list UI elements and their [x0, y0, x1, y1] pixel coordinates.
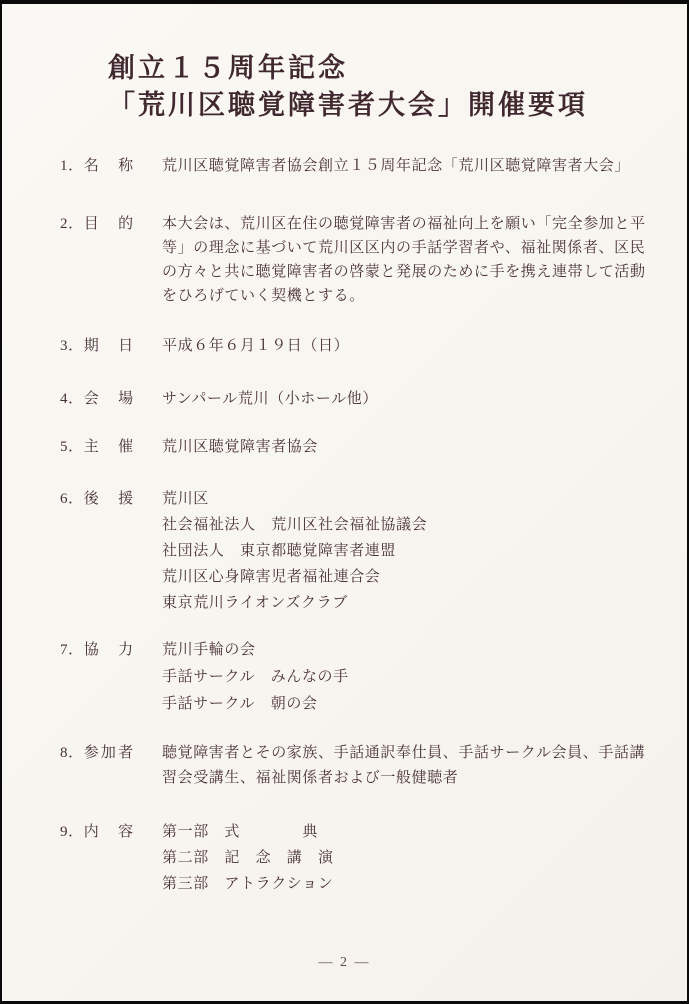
section-participants-label: 8．参加者: [60, 741, 162, 766]
section-participants: 8．参加者 聴覚障害者とその家族、手話通訳奉仕員、手話サークル会員、手話講 習会…: [60, 741, 638, 791]
section-purpose-label: 2．目的: [60, 212, 162, 236]
section-cooperation-label: 7．協力: [60, 637, 162, 664]
section-date: 3．期日 平成６年６月１９日（日）: [60, 334, 638, 358]
document-title: 創立１５周年記念 「荒川区聴覚障害者大会」開催要項: [108, 50, 588, 124]
section-name-content: 荒川区聴覚障害者協会創立１５周年記念「荒川区聴覚障害者大会」: [162, 154, 638, 178]
section-venue-label: 4．会場: [60, 387, 162, 411]
section-program: 9．内容 第一部 式 典 第二部 記 念 講 演 第三部 アトラクション: [60, 819, 638, 897]
title-line-2: 「荒川区聴覚障害者大会」開催要項: [108, 87, 588, 124]
section-date-content: 平成６年６月１９日（日）: [162, 334, 638, 358]
section-organizer-label: 5．主催: [60, 435, 162, 459]
section-venue: 4．会場 サンパール荒川（小ホール他）: [60, 387, 638, 411]
section-purpose-content: 本大会は、荒川区在住の聴覚障害者の福祉向上を願い「完全参加と平 等」の理念に基づ…: [162, 212, 646, 308]
section-organizer-content: 荒川区聴覚障害者協会: [162, 435, 638, 459]
section-supporters-content: 荒川区 社会福祉法人 荒川区社会福祉協議会 社団法人 東京都聴覚障害者連盟 荒川…: [162, 486, 638, 616]
section-program-label: 9．内容: [60, 819, 162, 845]
section-date-label: 3．期日: [60, 334, 162, 358]
title-line-1: 創立１５周年記念: [108, 50, 588, 87]
section-venue-content: サンパール荒川（小ホール他）: [162, 387, 638, 411]
section-organizer: 5．主催 荒川区聴覚障害者協会: [60, 435, 638, 459]
section-cooperation-content: 荒川手輪の会 手話サークル みんなの手 手話サークル 朝の会: [162, 637, 638, 718]
document-page: 創立１５周年記念 「荒川区聴覚障害者大会」開催要項 1．名称 荒川区聴覚障害者協…: [0, 0, 689, 1004]
section-program-content: 第一部 式 典 第二部 記 念 講 演 第三部 アトラクション: [162, 819, 638, 897]
section-participants-content: 聴覚障害者とその家族、手話通訳奉仕員、手話サークル会員、手話講 習会受講生、福祉…: [162, 741, 645, 791]
section-cooperation: 7．協力 荒川手輪の会 手話サークル みんなの手 手話サークル 朝の会: [60, 637, 638, 718]
section-purpose: 2．目的 本大会は、荒川区在住の聴覚障害者の福祉向上を願い「完全参加と平 等」の…: [60, 212, 638, 308]
section-supporters-label: 6．後援: [60, 486, 162, 512]
section-name: 1．名称 荒川区聴覚障害者協会創立１５周年記念「荒川区聴覚障害者大会」: [60, 154, 638, 178]
page-number: — 2 —: [2, 955, 687, 971]
section-name-label: 1．名称: [60, 154, 162, 178]
section-supporters: 6．後援 荒川区 社会福祉法人 荒川区社会福祉協議会 社団法人 東京都聴覚障害者…: [60, 486, 638, 616]
